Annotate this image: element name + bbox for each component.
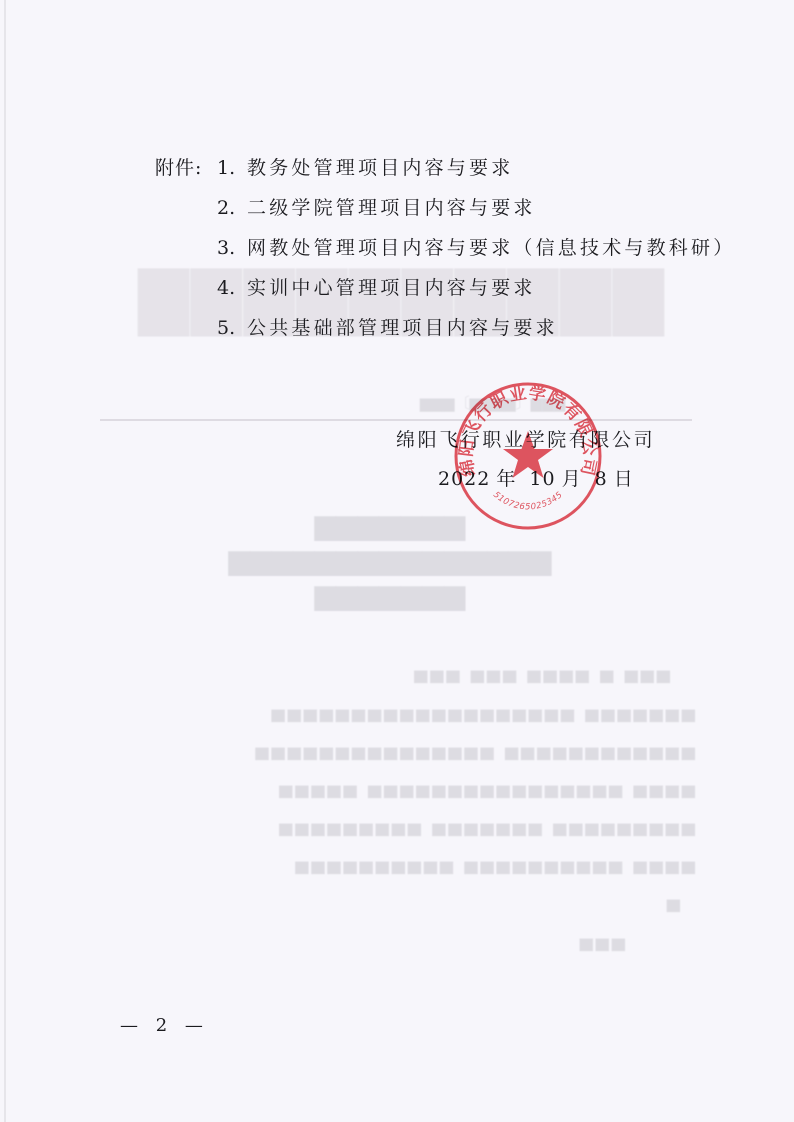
show-through-title-line: ▆▆▆▆▆▆▆▆▆▆▆▆▆▆▆ (130, 543, 650, 576)
page-number: — 2 — (120, 1015, 209, 1036)
page-edge (4, 0, 6, 1122)
attachment-number: 2. (217, 188, 247, 228)
show-through-title-line: ▆▆▆▆▆▆▆ (130, 508, 650, 541)
date-day-unit: 日 (614, 468, 634, 490)
attachment-item: 附件: 1. 教务处管理项目内容与要求 (155, 148, 735, 188)
show-through-body-line: ▅▅▅▅ ▅▅▅▅▅▅▅▅▅▅▅▅▅▅▅▅ ▅▅▅▅▅ (95, 779, 695, 799)
signature-block: 绵阳飞行职业学院有限公司 2022年 10月 8日 (396, 421, 655, 499)
attachment-title: 公共基础部管理项目内容与要求 (247, 308, 558, 348)
attachment-item: 5. 公共基础部管理项目内容与要求 (155, 308, 735, 348)
show-through-body-line: ▅▅▅ ▅ ▅▅▅▅ ▅▅▅ ▅▅▅ (250, 664, 670, 684)
date-year: 2022 (438, 468, 490, 490)
attachments-list: 附件: 1. 教务处管理项目内容与要求 2. 二级学院管理项目内容与要求 3. … (155, 148, 735, 348)
attachment-title: 教务处管理项目内容与要求 (247, 148, 513, 188)
show-through-body-line: ▅▅▅▅▅▅▅▅▅▅▅▅ ▅▅▅▅▅▅▅▅▅▅▅▅▅▅▅ (95, 741, 695, 761)
attachment-title: 网教处管理项目内容与要求（信息技术与教科研） (247, 228, 735, 268)
show-through-doc-number: ▆▆▆〔▆▆▆▆〕▆▆▆ (420, 392, 565, 413)
show-through-body-line: ▅▅▅▅▅▅▅ ▅▅▅▅▅▅▅▅▅▅▅▅▅▅▅▅▅▅▅ (95, 703, 695, 723)
show-through-body-line: ▅▅▅ (545, 932, 625, 952)
attachment-number: 1. (217, 148, 247, 188)
date-month: 10 (529, 468, 555, 490)
date-day: 8 (595, 468, 608, 490)
date-month-unit: 月 (562, 468, 582, 490)
show-through-body-line: ▅▅▅▅▅▅▅▅▅ ▅▅▅▅▅▅▅ ▅▅▅▅▅▅▅▅▅ (95, 817, 695, 837)
attachment-number: 4. (217, 268, 247, 308)
show-through-body-line: ▅ (640, 893, 680, 913)
show-through-title-line: ▆▆▆▆▆▆▆ (130, 578, 650, 611)
attachment-item: 4. 实训中心管理项目内容与要求 (155, 268, 735, 308)
attachment-title: 二级学院管理项目内容与要求 (247, 188, 536, 228)
show-through-body-line: ▅▅▅▅ ▅▅▅▅▅▅▅▅▅▅ ▅▅▅▅▅▅▅▅▅▅ (95, 855, 695, 875)
attachments-label: 附件: (155, 148, 217, 188)
signing-date: 2022年 10月 8日 (396, 460, 655, 499)
attachment-number: 5. (217, 308, 247, 348)
date-year-unit: 年 (496, 468, 516, 490)
attachment-number: 3. (217, 228, 247, 268)
attachment-title: 实训中心管理项目内容与要求 (247, 268, 536, 308)
attachment-item: 2. 二级学院管理项目内容与要求 (155, 188, 735, 228)
signing-organization: 绵阳飞行职业学院有限公司 (396, 421, 655, 460)
attachment-item: 3. 网教处管理项目内容与要求（信息技术与教科研） (155, 228, 735, 268)
